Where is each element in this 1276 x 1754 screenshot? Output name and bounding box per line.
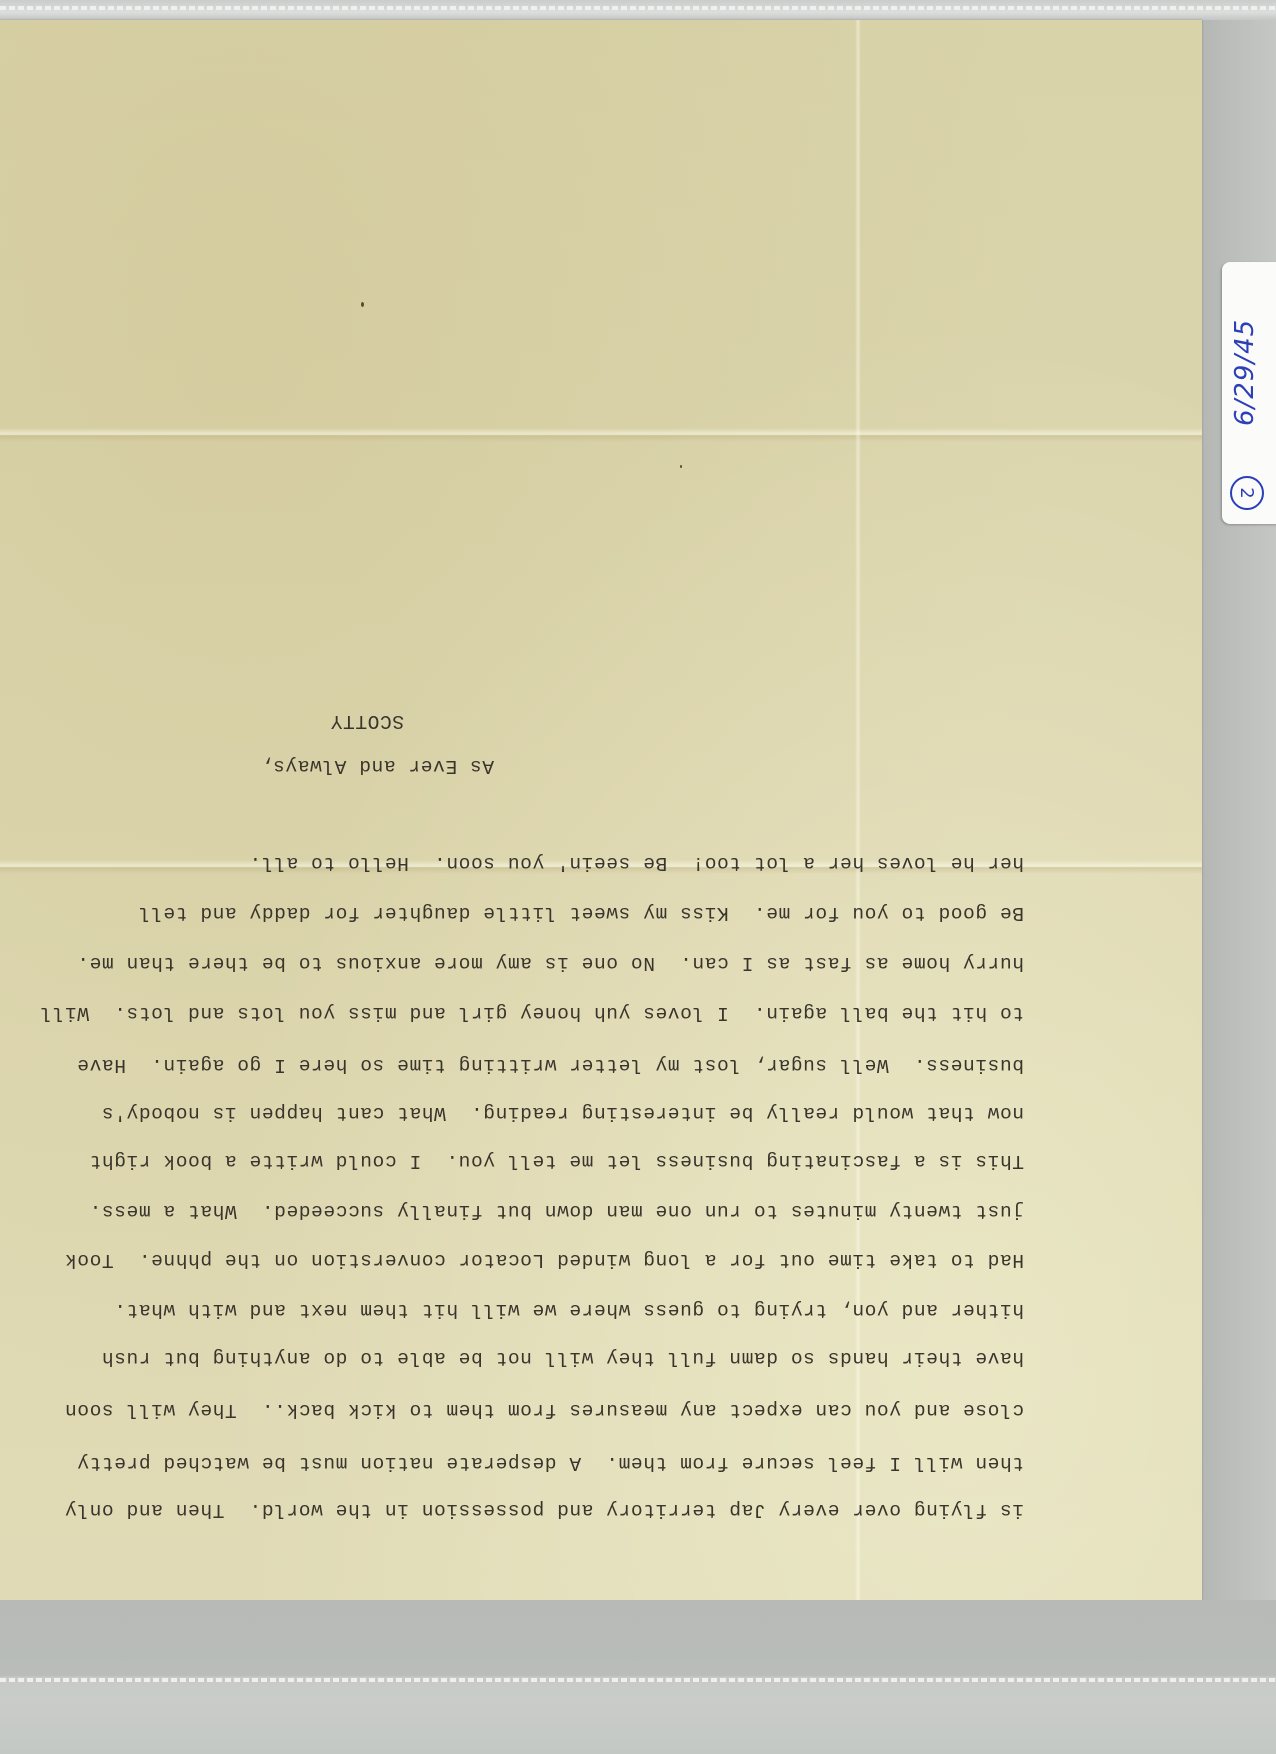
letter-line-7: just twenty minutes to run one man down … [89, 1199, 1024, 1223]
letter-line-13: Be good to you for me. Kiss my sweet lit… [138, 901, 1024, 925]
sheet-protector-margin [1202, 20, 1276, 1600]
tab-page-number-circle: 2 [1230, 476, 1264, 510]
letter-line-9: now that would really be interesting rea… [101, 1101, 1024, 1125]
letter-line-6: Had to take time out for a long winded L… [64, 1248, 1024, 1272]
letter-line-11: to hit the ball again. I loves yuh honey… [40, 1001, 1024, 1025]
letter-line-8: This is a fascinating business let me te… [89, 1149, 1024, 1173]
letter-line-14: her he loves her a lot too! Be seein' yo… [249, 851, 1024, 875]
sheet-protector-top-edge [0, 0, 1276, 20]
index-tab: 6/29/45 2 [1222, 262, 1276, 524]
letter-signature: SCOTTY [330, 710, 404, 732]
letter-line-4: have their hands so damn full they will … [101, 1346, 1024, 1370]
letter-line-2: then will I feel secure from them. A des… [77, 1451, 1024, 1475]
protector-seam [0, 1678, 1276, 1682]
letter-line-10: business. Well sugar, lost my letter wri… [77, 1053, 1024, 1077]
paper-speck [680, 465, 682, 468]
letter-line-3: close and you can expect any measures fr… [64, 1398, 1024, 1422]
letter-page: is flying over every Jap territory and p… [0, 20, 1202, 1600]
letter-closing: As Ever and Always, [260, 755, 494, 777]
letter-line-12: hurry home as fast as I can. No one is a… [77, 951, 1024, 975]
sheet-protector-bottom-edge [0, 1600, 1276, 1754]
paper-speck [361, 302, 364, 307]
letter-line-1: is flying over every Jap territory and p… [64, 1498, 1024, 1522]
fold-crease-lower [0, 428, 1202, 442]
tab-date-label: 6/29/45 [1230, 276, 1270, 426]
protector-seam [0, 6, 1276, 10]
letter-line-5: hither and yon, trying to guess where we… [114, 1298, 1024, 1322]
